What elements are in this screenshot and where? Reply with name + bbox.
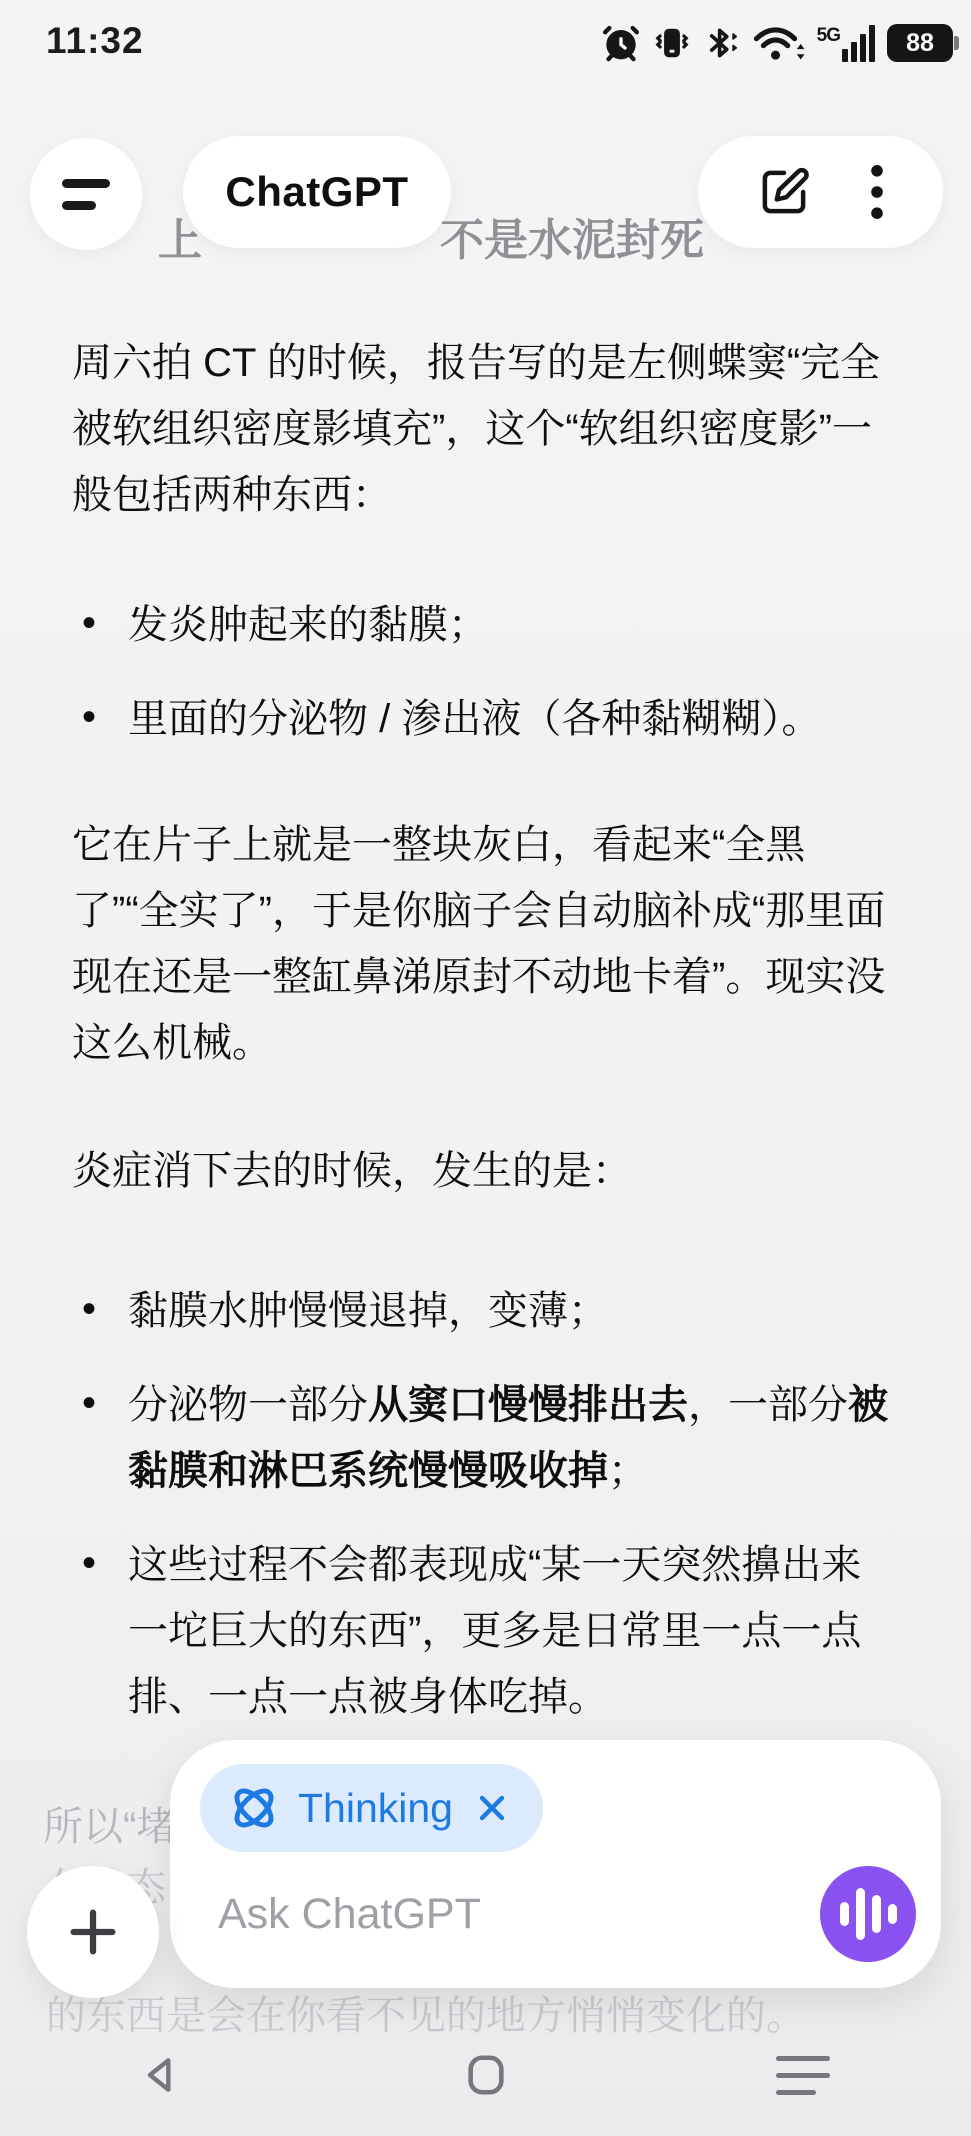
model-title-pill[interactable]: ChatGPT xyxy=(183,136,451,248)
thinking-label: Thinking xyxy=(298,1785,453,1832)
page-title: ChatGPT xyxy=(225,168,408,216)
status-clock: 11:32 xyxy=(46,20,144,62)
bullet-marker: • xyxy=(82,1530,96,1596)
message-paragraph: 它在片子上就是一整块灰白，看起来“全黑了”“全实了”，于是你脑子会自动脑补成“那… xyxy=(72,812,900,1076)
bullet-marker: • xyxy=(82,590,96,656)
battery-icon: 88 xyxy=(887,24,953,62)
message-bullet-list: •发炎肿起来的黏膜； •里面的分泌物 / 渗出液（各种黏糊糊）。 xyxy=(72,592,900,752)
composer-panel: Thinking xyxy=(170,1740,941,1988)
android-nav-bar xyxy=(0,2030,971,2120)
bullet-marker: • xyxy=(82,1370,96,1436)
message-paragraph: 周六拍 CT 的时候，报告写的是左侧蝶窦“完全被软组织密度影填充”，这个“软组织… xyxy=(72,330,900,528)
signal-5g-icon: 5G xyxy=(817,25,875,62)
search-input[interactable] xyxy=(218,1890,772,1939)
nav-recents-button[interactable] xyxy=(776,2040,846,2110)
list-item: •这些过程不会都表现成“某一天突然擤出来一坨巨大的东西”，更多是日常里一点一点排… xyxy=(72,1532,900,1730)
list-item: •黏膜水肿慢慢退掉，变薄； xyxy=(72,1278,900,1344)
nav-home-button[interactable] xyxy=(451,2040,521,2110)
bullet-marker: • xyxy=(82,684,96,750)
obscured-text-line: 所以“堵 xyxy=(43,1795,176,1852)
message-paragraph: 炎症消下去的时候，发生的是： xyxy=(72,1138,900,1204)
menu-button[interactable] xyxy=(30,138,142,250)
compose-icon xyxy=(757,165,811,219)
vibrate-icon xyxy=(653,23,691,63)
back-icon xyxy=(139,2053,183,2097)
list-item: •分泌物一部分从窦口慢慢排出去，一部分被黏膜和淋巴系统慢慢吸收掉； xyxy=(72,1372,900,1504)
thinking-atom-icon xyxy=(226,1780,282,1836)
close-icon[interactable] xyxy=(475,1791,509,1825)
battery-percent: 88 xyxy=(906,29,934,58)
header-actions xyxy=(698,136,943,248)
home-icon xyxy=(463,2052,509,2098)
alarm-icon xyxy=(601,23,641,63)
message-bullet-list: •黏膜水肿慢慢退掉，变薄； •分泌物一部分从窦口慢慢排出去，一部分被黏膜和淋巴系… xyxy=(72,1278,900,1730)
overflow-menu-button[interactable] xyxy=(870,163,884,221)
kebab-menu-icon xyxy=(870,163,884,221)
bluetooth-icon xyxy=(703,23,741,63)
status-bar: 11:32 xyxy=(0,0,971,80)
voice-mode-button[interactable] xyxy=(820,1866,916,1962)
attach-button[interactable] xyxy=(27,1866,159,1998)
voice-wave-icon xyxy=(840,1888,897,1940)
new-chat-button[interactable] xyxy=(757,165,811,219)
obscured-heading-fragment: 不是水泥封死 xyxy=(440,204,704,268)
nav-back-button[interactable] xyxy=(126,2040,196,2110)
list-item: •里面的分泌物 / 渗出液（各种黏糊糊）。 xyxy=(72,686,900,752)
thinking-mode-pill[interactable]: Thinking xyxy=(200,1764,543,1852)
wifi-icon xyxy=(753,22,805,64)
list-item: •发炎肿起来的黏膜； xyxy=(72,592,900,658)
bullet-marker: • xyxy=(82,1276,96,1342)
plus-icon xyxy=(64,1903,122,1961)
